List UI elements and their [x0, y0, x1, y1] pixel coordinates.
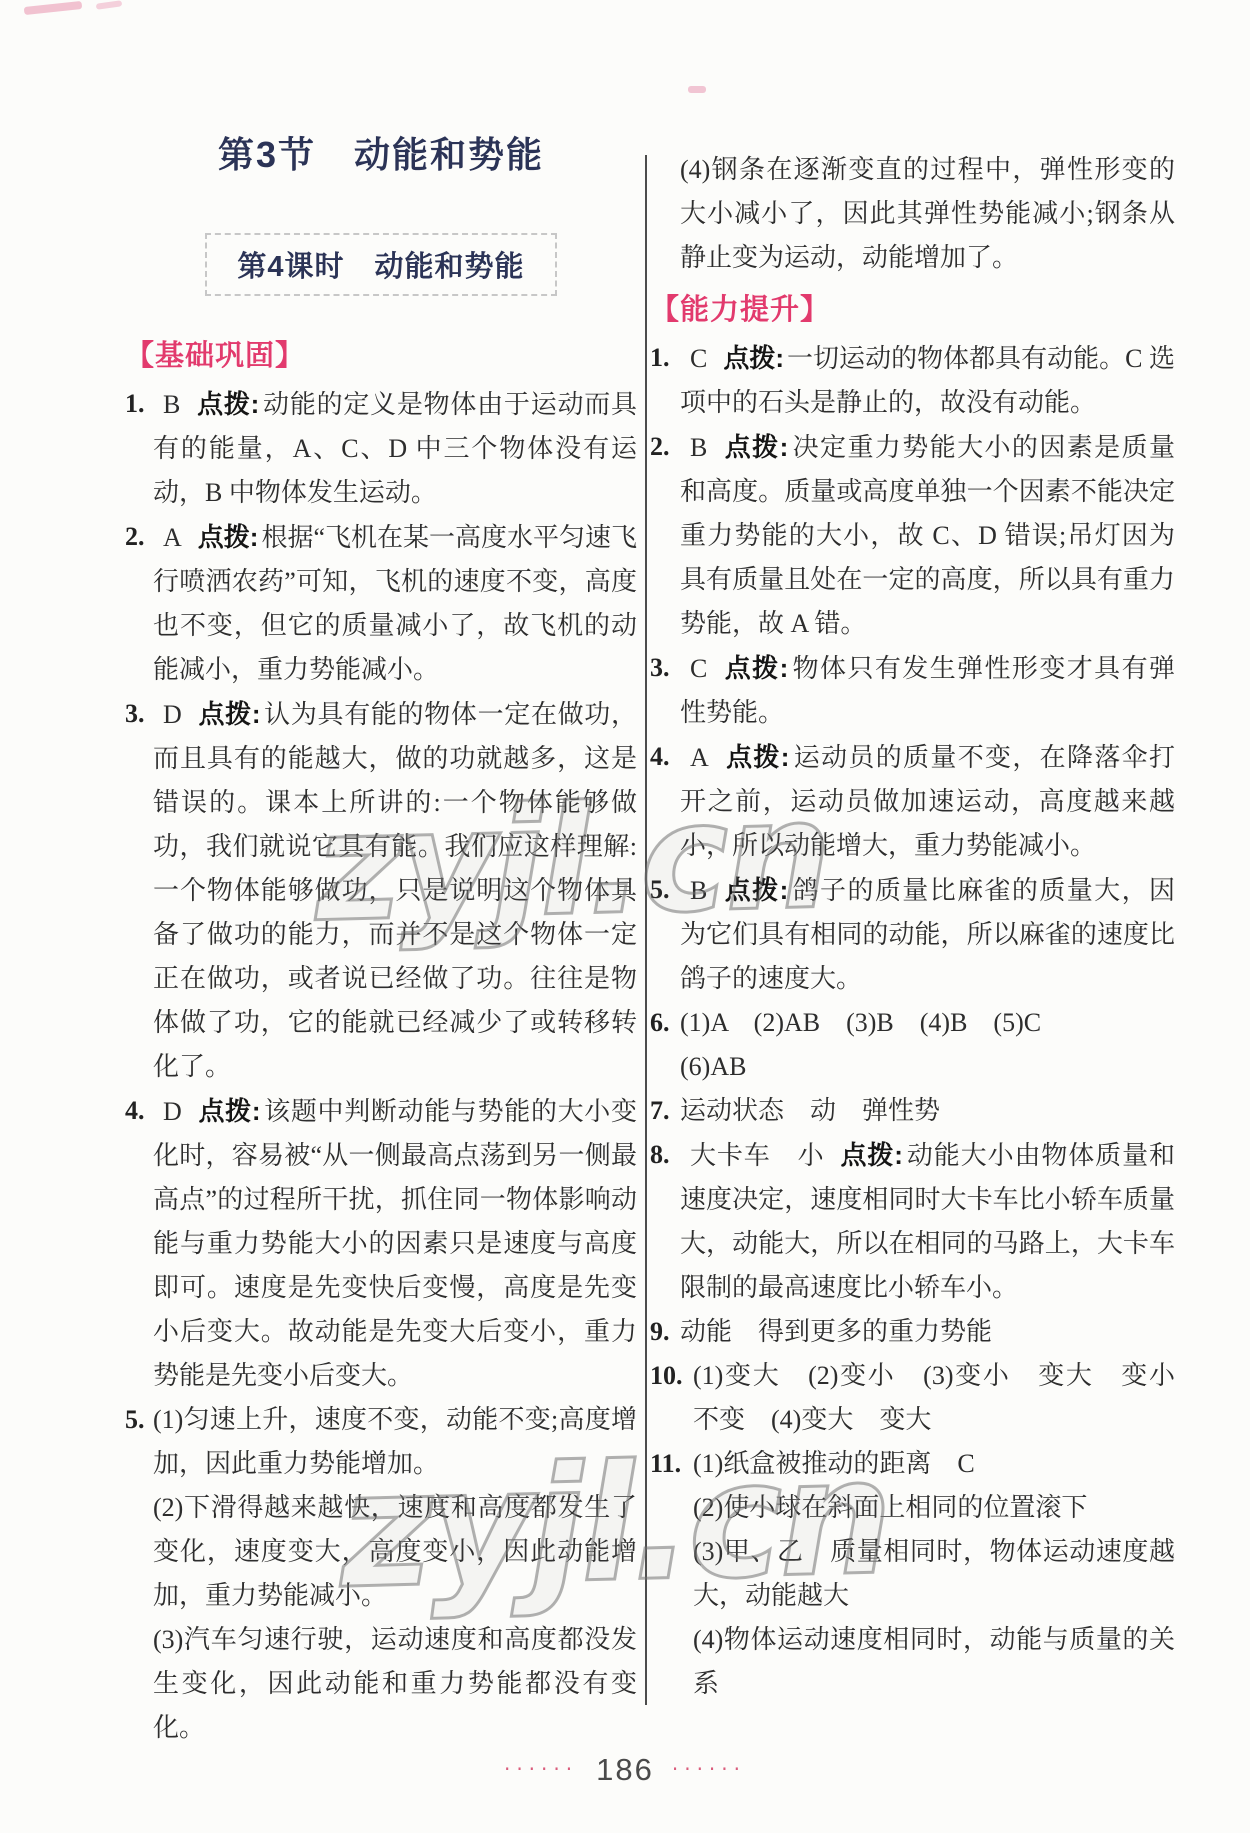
- answer-text: 动能 得到更多的重力势能: [680, 1317, 992, 1346]
- item-number: 3.: [650, 646, 670, 690]
- page-footer: ······ 186 ······: [0, 1752, 1250, 1788]
- answer-item: 1.C点拨:一切运动的物体都具有动能。C 选项中的石头是静止的，故没有动能。: [650, 336, 1175, 425]
- scan-artifact: [24, 1, 83, 15]
- answer-item: 2.B点拨:决定重力势能大小的因素是质量和高度。质量或高度单独一个因素不能决定重…: [650, 425, 1175, 646]
- hint-text: 该题中判断动能与势能的大小变化时，容易被“从一侧最高点荡到另一侧最高点”的过程所…: [153, 1097, 637, 1390]
- item-number: 7.: [650, 1089, 670, 1133]
- hint-label: 点拨:: [198, 1096, 261, 1126]
- hint-label: 点拨:: [723, 653, 788, 683]
- item-number: 3.: [125, 692, 145, 736]
- scan-artifact: [96, 0, 123, 10]
- hint-label: 点拨:: [723, 343, 784, 373]
- answer-item: 9.动能 得到更多的重力势能: [650, 1310, 1175, 1354]
- footer-dots-left: ······: [504, 1757, 578, 1781]
- sub-answer: (4)钢条在逐渐变直的过程中，弹性形变的大小减小了，因此其弹性势能减小;钢条从静…: [680, 148, 1175, 280]
- answer-letter: A: [163, 523, 182, 552]
- answer-letter: C: [690, 344, 707, 373]
- hint-label: 点拨:: [198, 522, 259, 552]
- item-number: 11.: [650, 1442, 681, 1486]
- item-number: 1.: [125, 382, 145, 426]
- footer-dots-right: ······: [672, 1757, 746, 1781]
- section-title: 第3节 动能和势能: [125, 132, 637, 177]
- column-divider: [645, 155, 647, 1705]
- answer-letter: D: [163, 1097, 182, 1126]
- section-header-advanced: 【能力提升】: [650, 290, 1175, 330]
- hint-label: 点拨:: [196, 389, 259, 419]
- item-number: 8.: [650, 1133, 670, 1177]
- book-page: 第3节 动能和势能 第4课时 动能和势能 【基础巩固】 1.B点拨:动能的定义是…: [0, 0, 1250, 1833]
- item-number: 2.: [650, 425, 670, 469]
- answer-text: 大卡车 小: [690, 1141, 825, 1170]
- page-number: 186: [596, 1752, 654, 1788]
- hint-label: 点拨:: [841, 1140, 903, 1170]
- answer-item: 2.A点拨:根据“飞机在某一高度水平匀速飞行喷洒农药”可知，飞机的速度不变，高度…: [125, 515, 637, 692]
- answer-item: 7.运动状态 动 弹性势: [650, 1089, 1175, 1133]
- hint-label: 点拨:: [198, 699, 261, 729]
- hint-label: 点拨:: [723, 432, 788, 462]
- answer-item: 11.(1)纸盒被推动的距离 C (2)使小球在斜面上相同的位置滚下 (3)甲、…: [650, 1442, 1175, 1706]
- answer-letter: B: [163, 390, 180, 419]
- answer-letter: D: [163, 700, 182, 729]
- answer-item: 4.D点拨:该题中判断动能与势能的大小变化时，容易被“从一侧最高点荡到另一侧最高…: [125, 1089, 637, 1398]
- item-number: 2.: [125, 515, 145, 559]
- item-number: 1.: [650, 336, 670, 380]
- sub-answer: (1)匀速上升，速度不变，动能不变;高度增加，因此重力势能增加。: [153, 1405, 637, 1478]
- sub-answer: (2)下滑得越来越快，速度和高度都发生了变化，速度变大，高度变小，因此动能增加，…: [153, 1486, 637, 1618]
- item-number: 9.: [650, 1310, 670, 1354]
- answer-item: 1.B点拨:动能的定义是物体由于运动而具有的能量，A、C、D 中三个物体没有运动…: [125, 382, 637, 515]
- hint-label: 点拨:: [725, 742, 790, 772]
- answer-item-continuation: (4)钢条在逐渐变直的过程中，弹性形变的大小减小了，因此其弹性势能减小;钢条从静…: [650, 148, 1175, 280]
- answer-item: 3.C点拨:物体只有发生弹性形变才具有弹性势能。: [650, 646, 1175, 735]
- hint-text: 认为具有能的物体一定在做功，而且具有的能越大，做的功就越多，这是错误的。课本上所…: [153, 700, 637, 1081]
- hint-label: 点拨:: [723, 875, 788, 905]
- item-number: 5.: [125, 1398, 145, 1442]
- hint-text: 决定重力势能大小的因素是质量和高度。质量或高度单独一个因素不能决定重力势能的大小…: [680, 433, 1175, 638]
- right-column: (4)钢条在逐渐变直的过程中，弹性形变的大小减小了，因此其弹性势能减小;钢条从静…: [650, 120, 1175, 1706]
- answer-item: 4.A点拨:运动员的质量不变，在降落伞打开之前，运动员做加速运动，高度越来越小，…: [650, 735, 1175, 868]
- answer-letter: A: [690, 743, 709, 772]
- answer-text: 运动状态 动 弹性势: [680, 1096, 940, 1125]
- answer-text: (1)变大 (2)变小 (3)变小 变大 变小 不变 (4)变大 变大: [693, 1361, 1201, 1434]
- item-number: 10.: [650, 1354, 683, 1398]
- answer-item: 8.大卡车 小点拨:动能大小由物体质量和速度决定，速度相同时大卡车比小轿车质量大…: [650, 1133, 1175, 1310]
- scan-artifact: [688, 86, 706, 93]
- lesson-subtitle: 第4课时 动能和势能: [205, 233, 556, 296]
- answer-item: 6.(1)A (2)AB (3)B (4)B (5)C (6)AB: [650, 1001, 1175, 1089]
- sub-answer: (1)纸盒被推动的距离 C: [693, 1449, 975, 1478]
- section-header-basic: 【基础巩固】: [125, 336, 637, 376]
- sub-answer: (1)A (2)AB (3)B (4)B (5)C: [680, 1008, 1041, 1037]
- sub-answer: (3)汽车匀速行驶，运动速度和高度都没发生变化，因此动能和重力势能都没有变化。: [153, 1618, 637, 1750]
- sub-answer: (4)物体运动速度相同时，动能与质量的关系: [693, 1618, 1175, 1706]
- item-number: 6.: [650, 1001, 670, 1045]
- answer-item: 10.(1)变大 (2)变小 (3)变小 变大 变小 不变 (4)变大 变大: [650, 1354, 1175, 1442]
- item-number: 5.: [650, 868, 670, 912]
- sub-answer: (3)甲、乙 质量相同时，物体运动速度越大，动能越大: [693, 1530, 1175, 1618]
- answer-letter: B: [690, 876, 707, 905]
- left-column: 第3节 动能和势能 第4课时 动能和势能 【基础巩固】 1.B点拨:动能的定义是…: [125, 120, 637, 1750]
- answer-item: 5.B点拨:鸽子的质量比麻雀的质量大，因为它们具有相同的动能，所以麻雀的速度比鸽…: [650, 868, 1175, 1001]
- item-number: 4.: [125, 1089, 145, 1133]
- answer-item: 3.D点拨:认为具有能的物体一定在做功，而且具有的能越大，做的功就越多，这是错误…: [125, 692, 637, 1089]
- answer-letter: C: [690, 654, 707, 683]
- item-number: 4.: [650, 735, 670, 779]
- answer-letter: B: [690, 433, 707, 462]
- sub-answer: (2)使小球在斜面上相同的位置滚下: [693, 1486, 1175, 1530]
- sub-answer: (6)AB: [680, 1045, 1175, 1089]
- answer-item: 5.(1)匀速上升，速度不变，动能不变;高度增加，因此重力势能增加。 (2)下滑…: [125, 1398, 637, 1750]
- lesson-subtitle-wrap: 第4课时 动能和势能: [125, 233, 637, 296]
